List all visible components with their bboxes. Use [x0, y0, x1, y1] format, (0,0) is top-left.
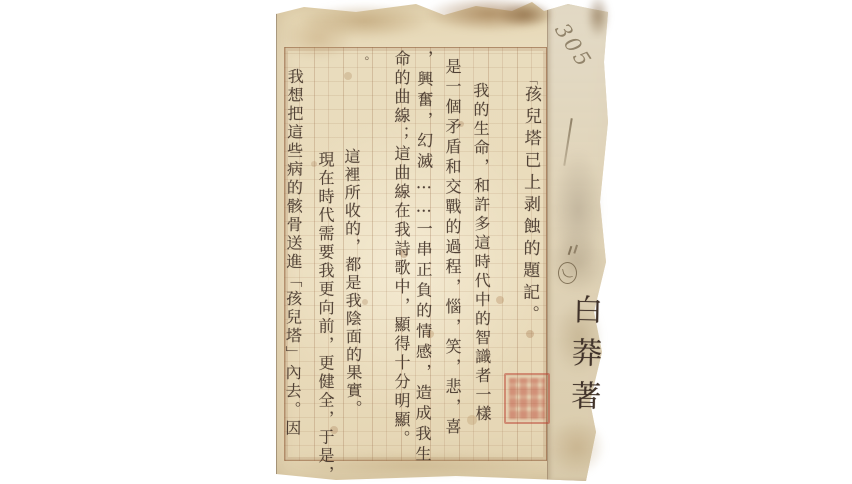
- paper-spots: [0, 0, 4, 4]
- paper-stain: [548, 418, 606, 476]
- title-column: 「孩兒塔已上剥蝕的題記。: [518, 74, 543, 327]
- paper-stain: [586, 0, 610, 38]
- text-column-7: 我想把這些病的骸骨送進「孩兒塔」內去。因: [281, 68, 306, 438]
- manuscript-scan-page: 「孩兒塔已上剥蝕的題記。 我的生命，和許多這時代中的智識者一樣 是一個矛盾和交戰…: [0, 0, 852, 484]
- red-collector-seal-icon: [504, 373, 550, 424]
- stray-period-mark: 。: [352, 56, 374, 68]
- text-column-5: 這裡所收的，都是我陰面的果實。: [340, 148, 364, 418]
- circled-scribble-mark: [558, 262, 577, 284]
- text-column-3: ，興奮，幻滅……一串正負的情感，造成我生: [411, 50, 435, 466]
- text-column-6: 現在時代需要我更向前，更健全，于是，: [314, 151, 336, 484]
- title-text: 孩兒塔已上剥蝕的題記。: [519, 85, 542, 327]
- paper-stain: [497, 2, 553, 28]
- text-column-2: 是一個矛盾和交戰的過程，惱，笑，悲，喜: [441, 58, 463, 438]
- paper-stain: [283, 16, 353, 60]
- author-signature: 白莽著: [560, 294, 607, 424]
- text-column-1: 我的生命，和許多這時代中的智識者一樣: [469, 82, 493, 424]
- title-bracket-mark: 「: [525, 74, 538, 85]
- text-column-4: 命的曲線；這曲線在我詩歌中，顯得十分明顯。: [390, 50, 412, 449]
- paper-stain: [549, 232, 605, 294]
